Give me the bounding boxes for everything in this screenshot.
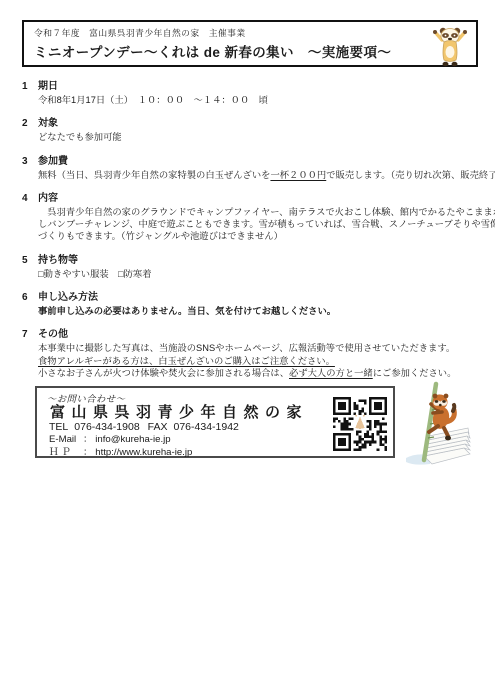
section-text-line: 小さなお子さんが火つけ体験や焚火会に参加される場合は、必ず大人の方と一緒にご参加… [38,367,484,379]
section-4: 4内容 呉羽青少年自然の家のグラウンドでキャンプファイヤー、南テラスで火おこし体… [22,192,484,243]
section-body: □動きやすい服装 □防寒着 [38,268,484,280]
section-title: 対象 [38,117,58,131]
section-body: 呉羽青少年自然の家のグラウンドでキャンプファイヤー、南テラスで火おこし体験、館内… [38,206,484,243]
hp-separator: ： [83,447,93,458]
section-1: 1期日令和8年1月17日（土） １０：００ ～１４：００ 頃 [22,80,484,106]
section-5: 5持ち物等□動きやすい服装 □防寒着 [22,254,484,280]
section-text-line: づくりもできます。（竹ジャングルや池遊びはできません） [38,230,484,242]
text-segment: どなたでも参加可能 [38,132,122,142]
section-title: 内容 [38,192,58,206]
section-heading: 5持ち物等 [22,254,484,268]
section-2: 2対象どなたでも参加可能 [22,117,484,143]
text-segment: 呉羽青少年自然の家のグラウンドでキャンプファイヤー、南テラスで火おこし体験、館内… [38,207,495,217]
section-heading: 3参加費 [22,155,484,169]
section-7: 7その他本事業中に撮影した写真は、当施設のSNSやホームページ、広報活動等で使用… [22,328,484,379]
section-body: どなたでも参加可能 [38,131,484,143]
section-number: 7 [22,328,38,342]
flyer-page: 令和７年度 富山県呉羽青少年自然の家 主催事業 ミニオープンデー～くれは de … [0,0,495,700]
qr-code [333,397,387,451]
section-body: 無料（当日、呉羽青少年自然の家特製の白玉ぜんざいを一杯２００円で販売します。（売… [38,169,484,181]
section-text-line: 食物アレルギーがある方は、白玉ぜんざいのご購入はご注意ください。 [38,355,484,367]
section-text-line: しバンブーチャレンジ、中庭で遊ぶこともできます。雪が積もっていれば、雪合戦、スノ… [38,218,484,230]
tel-number: 076-434-1908 [74,421,139,433]
page-title: ミニオープンデー～くれは de 新春の集い ～実施要項～ [34,41,466,61]
header-supertitle: 令和７年度 富山県呉羽青少年自然の家 主催事業 [34,26,466,39]
underlined-text: 必ず大人の方と一緒 [289,368,373,378]
text-segment: しバンブーチャレンジ、中庭で遊ぶこともできます。雪が積もっていれば、雪合戦、スノ… [38,219,495,229]
section-number: 6 [22,291,38,305]
sections-list: 1期日令和8年1月17日（土） １０：００ ～１４：００ 頃2対象どなたでも参加… [22,80,484,390]
section-heading: 1期日 [22,80,484,94]
section-heading: 4内容 [22,192,484,206]
tanuki-climbing-mascot-icon [402,380,474,479]
hp-url: http://www.kureha-ie.jp [95,447,192,458]
section-title: 期日 [38,80,58,94]
qr-center-logo [355,414,366,428]
section-heading: 7その他 [22,328,484,342]
underlined-text: 食物アレルギーがある方は、白玉ぜんざいのご購入はご注意ください。 [38,356,335,366]
section-body: 事前申し込みの必要はありません。当日、気を付けてお越しください。 [38,305,484,317]
section-number: 5 [22,254,38,268]
section-title: 持ち物等 [38,254,78,268]
section-number: 1 [22,80,38,94]
section-text-line: どなたでも参加可能 [38,131,484,143]
section-body: 本事業中に撮影した写真は、当施設のSNSやホームページ、広報活動等で使用させてい… [38,342,484,379]
email-label: E-Mail [49,434,83,447]
fax-number: 076-434-1942 [174,421,239,433]
text-segment: □動きやすい服装 □防寒着 [38,269,152,279]
header-box: 令和７年度 富山県呉羽青少年自然の家 主催事業 ミニオープンデー～くれは de … [22,20,478,67]
section-text-line: □動きやすい服装 □防寒着 [38,268,484,280]
section-title: 参加費 [38,155,68,169]
section-title: 申し込み方法 [38,291,98,305]
tel-label: TEL [49,421,68,433]
section-number: 3 [22,155,38,169]
email-address: info@kureha-ie.jp [95,434,170,445]
text-segment: で販売します。（売り切れ次第、販売終了） [326,170,495,180]
text-segment: 本事業中に撮影した写真は、当施設のSNSやホームページ、広報活動等で使用させてい… [38,343,455,353]
section-title: その他 [38,328,68,342]
hp-label: Ｈ Ｐ [49,447,83,460]
text-segment: 小さなお子さんが火つけ体験や焚火会に参加される場合は、 [38,368,289,378]
section-text-line: 事前申し込みの必要はありません。当日、気を付けてお越しください。 [38,305,484,317]
section-6: 6申し込み方法事前申し込みの必要はありません。当日、気を付けてお越しください。 [22,291,484,317]
tanuki-mascot-icon [432,24,468,73]
text-segment: づくりもできます。（竹ジャングルや池遊びはできません） [38,231,283,241]
section-text-line: 無料（当日、呉羽青少年自然の家特製の白玉ぜんざいを一杯２００円で販売します。（売… [38,169,484,181]
section-3: 3参加費無料（当日、呉羽青少年自然の家特製の白玉ぜんざいを一杯２００円で販売しま… [22,155,484,181]
section-text-line: 呉羽青少年自然の家のグラウンドでキャンプファイヤー、南テラスで火おこし体験、館内… [38,206,484,218]
email-separator: ： [83,434,93,445]
text-segment: 事前申し込みの必要はありません。当日、気を付けてお越しください。 [38,306,336,316]
section-heading: 6申し込み方法 [22,291,484,305]
section-number: 2 [22,117,38,131]
section-heading: 2対象 [22,117,484,131]
text-segment: にご参加ください。 [373,368,457,378]
underlined-text: 一杯２００円 [270,170,326,180]
text-segment: 令和8年1月17日（土） １０：００ ～１４：００ 頃 [38,95,268,105]
fax-label: FAX [148,421,168,433]
section-text-line: 令和8年1月17日（土） １０：００ ～１４：００ 頃 [38,94,484,106]
contact-box: ～お問い合わせ～ 富山県呉羽青少年自然の家 TEL076-434-1908FAX… [35,386,395,458]
section-text-line: 本事業中に撮影した写真は、当施設のSNSやホームページ、広報活動等で使用させてい… [38,342,484,354]
section-body: 令和8年1月17日（土） １０：００ ～１４：００ 頃 [38,94,484,106]
section-number: 4 [22,192,38,206]
text-segment: 無料（当日、呉羽青少年自然の家特製の白玉ぜんざいを [38,170,270,180]
